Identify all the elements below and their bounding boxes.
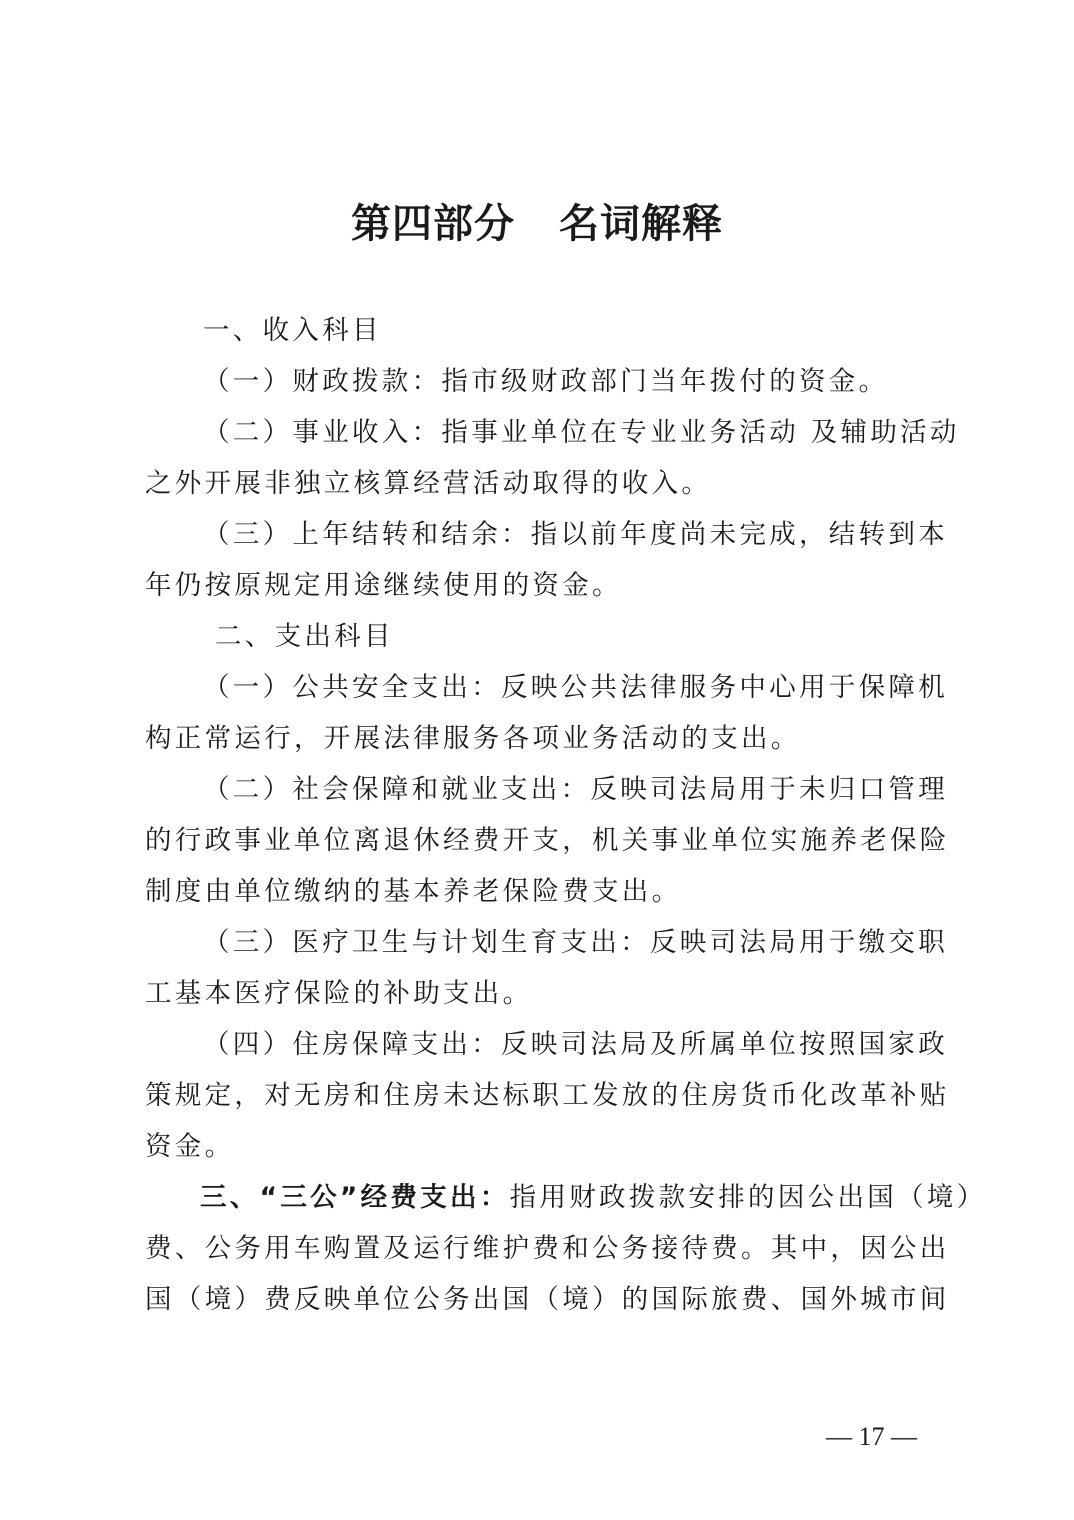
section-heading-rest: 指用财政拨款安排的因公出国（境） bbox=[510, 1182, 987, 1213]
title-name: 名词解释 bbox=[559, 200, 723, 247]
paragraph-line: 制度由单位缴纳的基本养老保险费支出。 bbox=[145, 875, 935, 909]
paragraph-line: （一）财政拨款：指市级财政部门当年拨付的资金。 bbox=[203, 365, 993, 399]
paragraph-line: 构正常运行，开展法律服务各项业务活动的支出。 bbox=[145, 722, 935, 756]
paragraph-line: 策规定，对无房和住房未达标职工发放的住房货币化改革补贴 bbox=[145, 1079, 935, 1113]
paragraph-line: 的行政事业单位离退休经费开支，机关事业单位实施养老保险 bbox=[145, 824, 935, 858]
document-page: 第四部分名词解释 一、收入科目 （一）财政拨款：指市级财政部门当年拨付的资金。 … bbox=[0, 0, 1074, 1520]
section-heading-income: 一、收入科目 bbox=[203, 314, 993, 348]
paragraph-line: （二）事业收入：指事业单位在专业业务活动 及辅助活动 bbox=[203, 416, 993, 450]
title-part: 第四部分 bbox=[351, 200, 515, 247]
paragraph-line: （一）公共安全支出：反映公共法律服务中心用于保障机 bbox=[203, 671, 993, 705]
paragraph-line: 之外开展非独立核算经营活动取得的收入。 bbox=[145, 467, 935, 501]
section-heading-expense: 二、支出科目 bbox=[215, 620, 1005, 654]
section-heading-three-public: 三、“三公”经费支出：指用财政拨款安排的因公出国（境） bbox=[200, 1181, 990, 1215]
paragraph-line: 资金。 bbox=[145, 1130, 935, 1164]
paragraph-line: （四）住房保障支出：反映司法局及所属单位按照国家政 bbox=[203, 1028, 993, 1062]
page-title: 第四部分名词解释 bbox=[0, 192, 1074, 249]
paragraph-line: （三）医疗卫生与计划生育支出：反映司法局用于缴交职 bbox=[203, 926, 993, 960]
paragraph-line: 工基本医疗保险的补助支出。 bbox=[145, 977, 935, 1011]
paragraph-line: （二）社会保障和就业支出：反映司法局用于未归口管理 bbox=[203, 773, 993, 807]
paragraph-line: 费、公务用车购置及运行维护费和公务接待费。其中，因公出 bbox=[145, 1232, 935, 1266]
page-number: — 17 — bbox=[826, 1422, 917, 1452]
paragraph-line: （三）上年结转和结余：指以前年度尚未完成，结转到本 bbox=[203, 518, 993, 552]
paragraph-line: 国（境）费反映单位公务出国（境）的国际旅费、国外城市间 bbox=[145, 1283, 935, 1317]
paragraph-line: 年仍按原规定用途继续使用的资金。 bbox=[145, 569, 935, 603]
section-heading-bold: 三、“三公”经费支出： bbox=[200, 1182, 510, 1213]
